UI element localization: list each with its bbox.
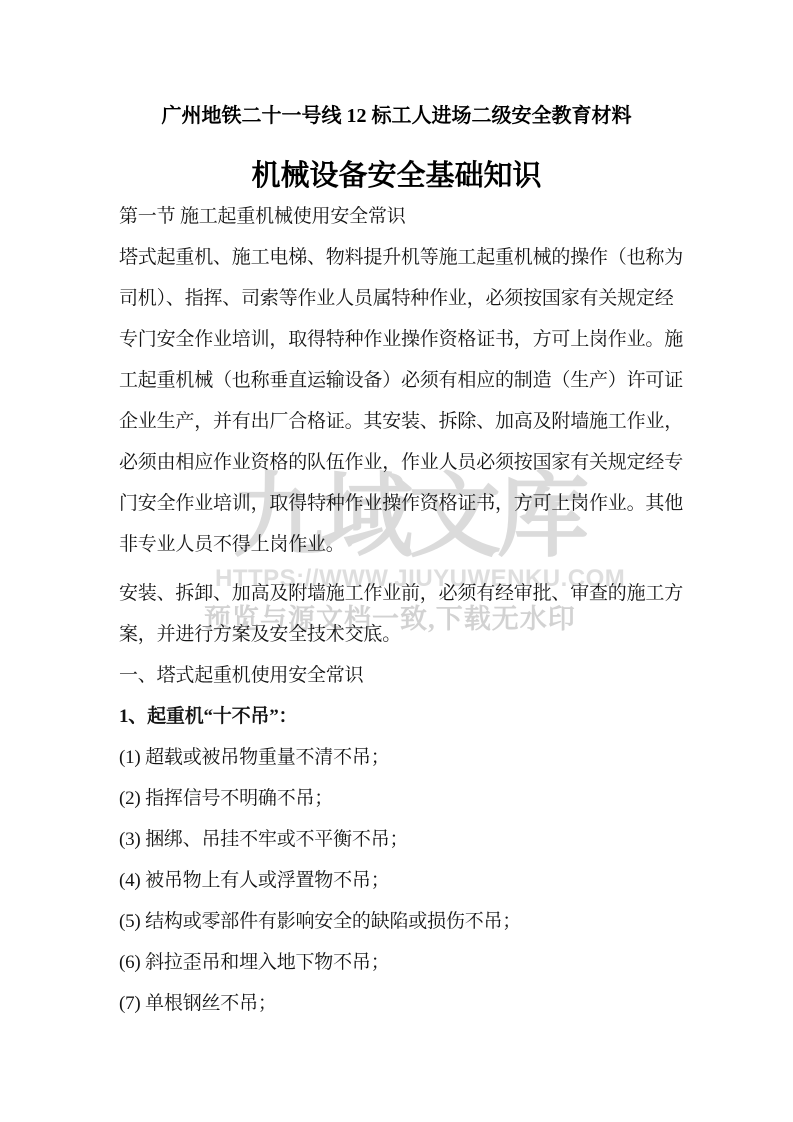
- list-item: (6) 斜拉歪吊和埋入地下物不吊；: [119, 942, 681, 983]
- body-line: 塔式起重机、施工电梯、物料提升机等施工起重机械的操作（也称为: [119, 237, 681, 278]
- list-item: (5) 结构或零部件有影响安全的缺陷或损伤不吊；: [119, 901, 681, 942]
- list-item: (1) 超载或被吊物重量不清不吊；: [119, 737, 681, 778]
- body-line: 企业生产，并有出厂合格证。其安装、拆除、加高及附墙施工作业，: [119, 401, 681, 442]
- doc-main-title: 机械设备安全基础知识: [0, 158, 793, 194]
- document-body: 广州地铁二十一号线 12 标工人进场二级安全教育材料 机械设备安全基础知识 第一…: [0, 0, 793, 1122]
- body-line: 案，并进行方案及安全技术交底。: [119, 614, 681, 655]
- body-line: 门安全作业培训，取得特种作业操作资格证书，方可上岗作业。其他: [119, 483, 681, 524]
- list-item: (2) 指挥信号不明确不吊；: [119, 778, 681, 819]
- document-page: { "page": { "doc_header": "广州地铁二十一号线 12 …: [0, 0, 793, 1122]
- body-line: 工起重机械（也称垂直运输设备）必须有相应的制造（生产）许可证: [119, 360, 681, 401]
- body-line: 安装、拆卸、加高及附墙施工作业前，必须有经审批、审查的施工方: [119, 573, 681, 614]
- body-line: 非专业人员不得上岗作业。: [119, 524, 681, 565]
- list-heading: 1、起重机“十不吊”：: [119, 696, 681, 737]
- body-line: 专门安全作业培训，取得特种作业操作资格证书，方可上岗作业。施: [119, 319, 681, 360]
- body-line: 司机）、指挥、司索等作业人员属特种作业，必须按国家有关规定经: [119, 278, 681, 319]
- list-item: (4) 被吊物上有人或浮置物不吊；: [119, 860, 681, 901]
- section-heading: 第一节 施工起重机械使用安全常识: [119, 196, 681, 237]
- doc-content: 第一节 施工起重机械使用安全常识 塔式起重机、施工电梯、物料提升机等施工起重机械…: [119, 196, 681, 1024]
- doc-header-title: 广州地铁二十一号线 12 标工人进场二级安全教育材料: [0, 104, 793, 128]
- list-item: (3) 捆绑、吊挂不牢或不平衡不吊；: [119, 819, 681, 860]
- list-item: (7) 单根钢丝不吊；: [119, 983, 681, 1024]
- body-line: 必须由相应作业资格的队伍作业，作业人员必须按国家有关规定经专: [119, 442, 681, 483]
- subsection-heading: 一、塔式起重机使用安全常识: [119, 655, 681, 696]
